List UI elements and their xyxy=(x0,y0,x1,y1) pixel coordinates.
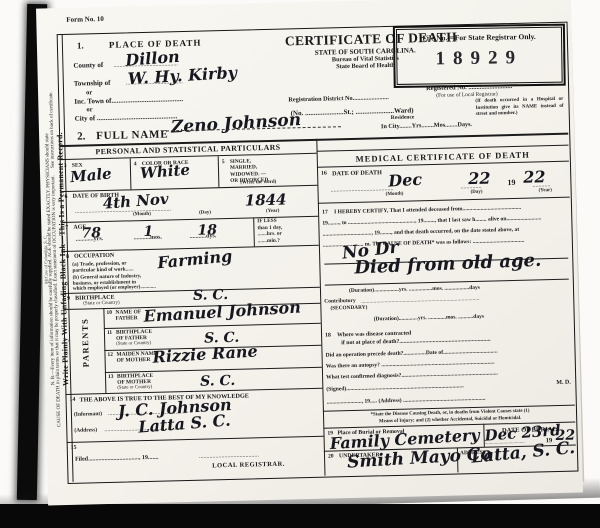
contributory-label: Contributory xyxy=(324,298,356,305)
dob-day-caption: (Day) xyxy=(199,210,211,215)
hospital-note: (If death occurred in a Hospital or Inst… xyxy=(475,97,563,119)
file-number-box: File No.—For State Registrar Only. 18929 xyxy=(393,24,566,88)
parents-vertical-label: PARENTS xyxy=(79,299,91,385)
date-of-death-number: 16 xyxy=(321,171,327,177)
color-value-handwriting: White xyxy=(139,161,190,183)
mother-birthplace-hint: (State or Country) xyxy=(117,385,152,391)
death-year-printed-19: 19 xyxy=(507,178,515,187)
informant-label: (Informant) xyxy=(74,411,102,418)
age-months-unit: ...........mos. xyxy=(134,235,162,242)
mother-label-2: OF MOTHER xyxy=(117,357,151,364)
md-label: M. D. xyxy=(556,380,571,386)
age-years-unit: ............yrs. xyxy=(76,236,104,243)
where-contracted-number: 18 xyxy=(325,333,331,339)
age-number: 7 xyxy=(65,225,68,231)
informant-address-label: (Address) xyxy=(74,427,97,434)
color-number: 4 xyxy=(134,161,137,167)
ifless-line-4: .......min.? xyxy=(258,237,283,244)
informant-section-number: 14 xyxy=(70,397,76,403)
mother-number: 12 xyxy=(107,352,113,358)
mother-birthplace-number: 13 xyxy=(108,374,114,380)
death-day-caption: (Day) xyxy=(471,190,483,195)
secondary-label: (SECONDARY) xyxy=(330,305,367,312)
ifless-note: IF LESS than 1 day, .......hrs. or .....… xyxy=(257,218,283,245)
dob-month-caption: (Month) xyxy=(133,212,151,217)
certify-number: 17 xyxy=(322,210,328,216)
occupation-number: 8 xyxy=(66,254,69,260)
father-number: 10 xyxy=(106,310,112,316)
file-number-label: File No.—For State Registrar Only. xyxy=(395,32,563,43)
file-number-value: 18929 xyxy=(395,47,563,71)
item-2-number: 2. xyxy=(77,130,86,142)
occupation-label: OCCUPATION xyxy=(74,253,114,260)
county-label: County of xyxy=(73,61,103,70)
or-label-2: or xyxy=(86,106,92,113)
mother-birthplace-handwriting: S. C. xyxy=(200,373,236,390)
form-number: Form No. 10 xyxy=(66,15,104,24)
death-month-caption: (Month) xyxy=(386,192,404,197)
father-birthplace-hint: (State or Country) xyxy=(116,341,151,347)
undertaker-number: 20 xyxy=(328,453,334,459)
sex-number: 3 xyxy=(64,163,67,169)
father-birthplace-number: 11 xyxy=(107,330,112,336)
township-label: Township of xyxy=(74,79,111,88)
death-year-caption: (Year) xyxy=(539,188,552,193)
dob-year-caption: (Year) xyxy=(266,209,279,214)
birthplace-number: 9 xyxy=(67,296,70,302)
father-label-2: FATHER xyxy=(116,315,138,322)
age-days-unit: ...........dys. xyxy=(190,233,217,240)
dob-year-handwriting: 1844 xyxy=(245,191,287,210)
or-label-1: or xyxy=(86,89,92,96)
date-of-death-label: DATE OF DEATH xyxy=(332,169,382,177)
certificate-paper: McCaw of Columbia, S. C. N. B.—Every ite… xyxy=(36,0,583,505)
filed-section-number: 15 xyxy=(71,445,77,451)
dob-number: 6 xyxy=(65,194,68,200)
marital-hint: (Write the word) xyxy=(240,180,276,186)
scan-bottom-band xyxy=(0,504,600,528)
full-name-label: FULL NAME xyxy=(96,128,169,142)
marital-number: 5 xyxy=(222,159,225,165)
residence-label: Residence xyxy=(391,114,415,121)
item-1-number: 1. xyxy=(77,40,84,50)
